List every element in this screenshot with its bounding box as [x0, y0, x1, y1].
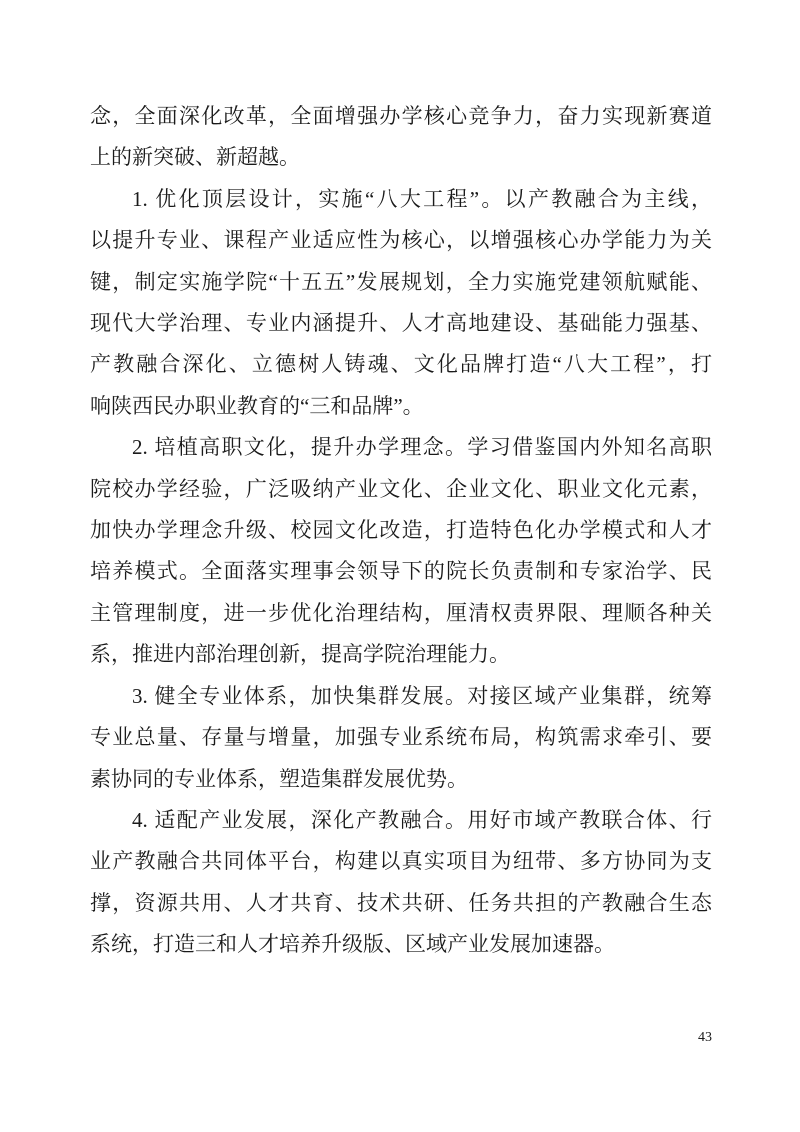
text-line: 现代大学治理、专业内涵提升、人才高地建设、基础能力强基、 — [90, 303, 712, 344]
text-line: 1. 优化顶层设计，实施“八大工程”。以产教融合为主线， — [90, 179, 712, 220]
text-line: 素协同的专业体系，塑造集群发展优势。 — [90, 759, 712, 800]
text-line: 2. 培植高职文化，提升办学理念。学习借鉴国内外知名高职 — [90, 427, 712, 468]
document-page: 念，全面深化改革，全面增强办学核心竞争力，奋力实现新赛道上的新突破、新超越。1.… — [0, 0, 800, 1132]
text-line: 产教融合深化、立德树人铸魂、文化品牌打造“八大工程”，打 — [90, 344, 712, 385]
page-number: 43 — [698, 1030, 712, 1045]
text-line: 念，全面深化改革，全面增强办学核心竞争力，奋力实现新赛道 — [90, 96, 712, 137]
text-line: 系统，打造三和人才培养升级版、区域产业发展加速器。 — [90, 924, 712, 965]
text-line: 系，推进内部治理创新，提高学院治理能力。 — [90, 634, 712, 675]
text-line: 加快办学理念升级、校园文化改造，打造特色化办学模式和人才 — [90, 510, 712, 551]
text-line: 主管理制度，进一步优化治理结构，厘清权责界限、理顺各种关 — [90, 593, 712, 634]
text-line: 上的新突破、新超越。 — [90, 137, 712, 178]
text-line: 专业总量、存量与增量，加强专业系统布局，构筑需求牵引、要 — [90, 717, 712, 758]
text-line: 响陕西民办职业教育的“三和品牌”。 — [90, 386, 712, 427]
text-line: 撑，资源共用、人才共育、技术共研、任务共担的产教融合生态 — [90, 883, 712, 924]
document-body: 念，全面深化改革，全面增强办学核心竞争力，奋力实现新赛道上的新突破、新超越。1.… — [90, 96, 712, 966]
text-line: 培养模式。全面落实理事会领导下的院长负责制和专家治学、民 — [90, 551, 712, 592]
page-footer: 43 — [90, 1028, 712, 1048]
text-line: 院校办学经验，广泛吸纳产业文化、企业文化、职业文化元素， — [90, 469, 712, 510]
text-line: 3. 健全专业体系，加快集群发展。对接区域产业集群，统筹 — [90, 676, 712, 717]
text-line: 以提升专业、课程产业适应性为核心，以增强核心办学能力为关 — [90, 220, 712, 261]
text-line: 4. 适配产业发展，深化产教融合。用好市域产教联合体、行 — [90, 800, 712, 841]
text-line: 业产教融合共同体平台，构建以真实项目为纽带、多方协同为支 — [90, 841, 712, 882]
text-line: 键，制定实施学院“十五五”发展规划，全力实施党建领航赋能、 — [90, 262, 712, 303]
